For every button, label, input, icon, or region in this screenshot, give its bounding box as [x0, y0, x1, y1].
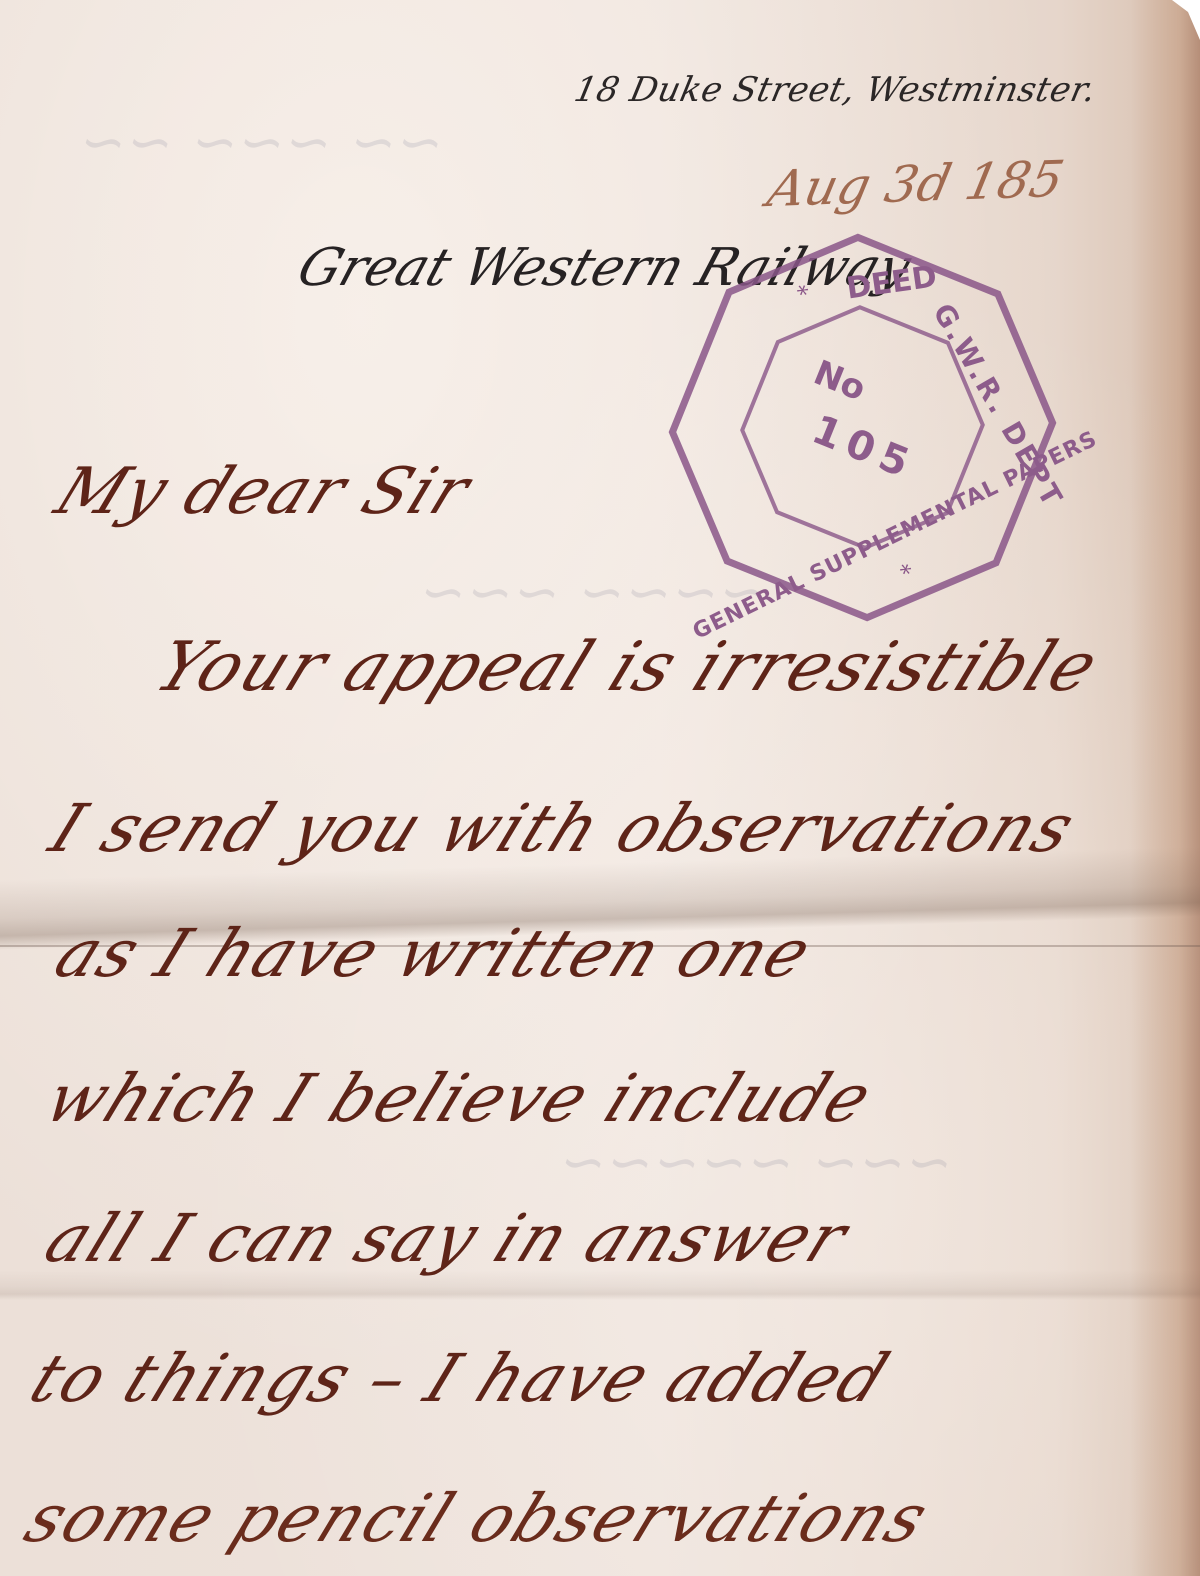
edge-stain	[1130, 0, 1200, 1576]
body-line: which I believe include	[34, 1060, 884, 1137]
bleed-through-text: ~~~ ~~~~~	[549, 1130, 963, 1195]
letter-page: ~~ ~~~ ~~ ~~~~ ~~~ ~~~ ~~~~~ 18 Duke Str…	[0, 0, 1200, 1576]
body-line: I send you with observations	[39, 790, 1087, 867]
body-line: some pencil observations	[14, 1480, 940, 1557]
body-line: all I can say in answer	[34, 1200, 859, 1277]
letter-date: Aug 3d 185	[763, 150, 1069, 218]
body-line: to things – I have added	[19, 1340, 900, 1417]
salutation: My dear Sir	[45, 455, 482, 529]
bleed-through-text: ~~ ~~~ ~~	[69, 110, 454, 175]
body-line: Your appeal is irresistible	[144, 628, 1111, 707]
body-line: as I have written one	[44, 915, 824, 992]
letterhead-address: 18 Duke Street, Westminster.	[571, 70, 1100, 110]
